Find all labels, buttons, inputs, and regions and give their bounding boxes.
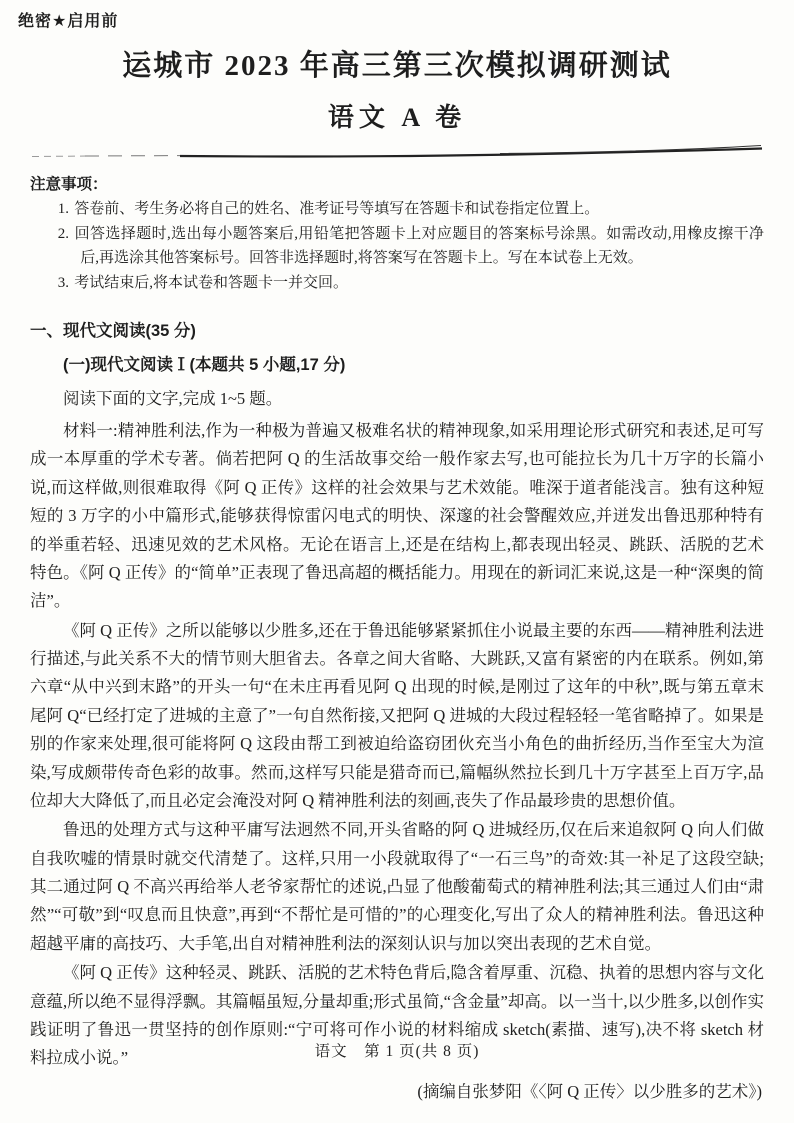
secrecy-label: 绝密★启用前: [18, 8, 764, 31]
exam-page: 绝密★启用前 运城市 2023 年高三第三次模拟调研测试 语文 A 卷 注意事项…: [0, 0, 794, 1123]
notice-item-2-text: 回答选择题时,选出每小题答案后,用铅笔把答题卡上对应题目的答案标号涂黑。如需改动…: [74, 226, 764, 266]
material-paragraph-1: 材料一:精神胜利法,作为一种极为普遍又极难名状的精神现象,如采用理论形式研究和表…: [30, 417, 764, 616]
divider-rule: [30, 144, 764, 162]
material-one-text: 材料一:精神胜利法,作为一种极为普遍又极难名状的精神现象,如采用理论形式研究和表…: [30, 417, 764, 1102]
page-title: 运城市 2023 年高三第三次模拟调研测试: [30, 43, 764, 84]
notice-title: 注意事项：: [30, 172, 764, 197]
notice-item-3: 3.考试结束后,将本试卷和答题卡一并交回。: [30, 271, 764, 295]
notice-item-3-text: 考试结束后,将本试卷和答题卡一并交回。: [74, 275, 348, 291]
page-footer: 语文 第 1 页(共 8 页): [0, 1039, 794, 1061]
material-paragraph-2: 《阿 Q 正传》之所以能够以少胜多,还在于鲁迅能够紧紧抓住小说最主要的东西——精…: [30, 617, 764, 816]
notice-item-1-number: 1.: [58, 201, 69, 217]
source-attribution: (摘编自张梦阳《〈阿 Q 正传〉以少胜多的艺术》): [30, 1078, 764, 1102]
notice-section: 注意事项： 1.答卷前、考生务必将自己的姓名、准考证号等填写在答题卡和试卷指定位…: [30, 172, 764, 295]
notice-item-1: 1.答卷前、考生务必将自己的姓名、准考证号等填写在答题卡和试卷指定位置上。: [30, 197, 764, 221]
page-subtitle: 语文 A 卷: [30, 97, 764, 134]
notice-item-3-number: 3.: [58, 275, 69, 291]
subsection-heading-reading-1: (一)现代文阅读Ⅰ(本题共 5 小题,17 分): [30, 351, 764, 375]
notice-item-2-number: 2.: [58, 226, 69, 242]
reading-instruction: 阅读下面的文字,完成 1~5 题。: [30, 385, 764, 409]
notice-item-2: 2.回答选择题时,选出每小题答案后,用铅笔把答题卡上对应题目的答案标号涂黑。如需…: [30, 222, 764, 271]
section-heading-modern-reading: 一、现代文阅读(35 分): [30, 317, 764, 341]
notice-item-1-text: 答卷前、考生务必将自己的姓名、准考证号等填写在答题卡和试卷指定位置上。: [74, 201, 599, 217]
material-paragraph-3: 鲁迅的处理方式与这种平庸写法迥然不同,开头省略的阿 Q 进城经历,仅在后来追叙阿…: [30, 816, 764, 958]
